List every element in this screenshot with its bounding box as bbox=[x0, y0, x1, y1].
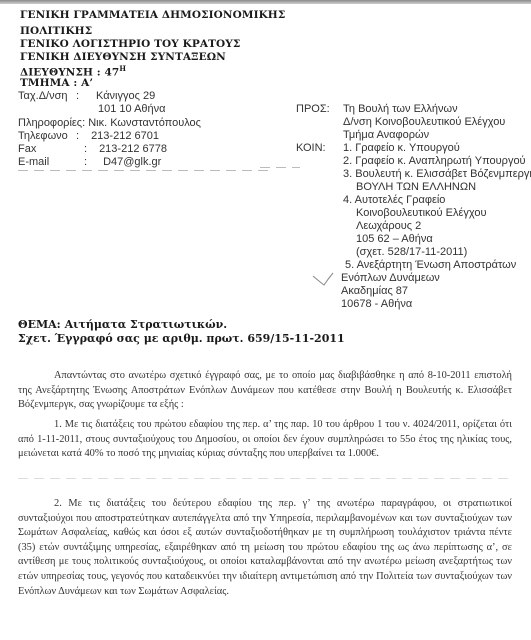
cc-line: Ενόπλων Δυνάμεων bbox=[341, 272, 440, 284]
letterhead-line: ΓΕΝΙΚΗ ΓΡΑΜΜΑΤΕΙΑ ΔΗΜΟΣΙΟΝΟΜΙΚΗΣ bbox=[20, 9, 285, 21]
intro-paragraph: Απαντώντας στο ανωτέρω σχετικό έγγραφό σ… bbox=[18, 369, 512, 413]
letterhead-line: ΓΕΝΙΚΟ ΛΟΓΙΣΤΗΡΙΟ ΤΟΥ ΚΡΑΤΟΥΣ bbox=[20, 38, 240, 50]
cc-line: Κοινοβουλευτικού Ελέγχου bbox=[356, 207, 486, 219]
fax-label: Fax bbox=[18, 143, 76, 155]
address-line1: Κάνιγγος 29 bbox=[96, 90, 155, 102]
fax-value: 213-212 6778 bbox=[99, 143, 167, 155]
subject-line: ΘΕΜΑ: Αιτήματα Στρατιωτικών. bbox=[18, 318, 227, 331]
scan-artifact-line bbox=[18, 478, 513, 479]
section: ΤΜΗΜΑ : Α’ bbox=[20, 77, 93, 89]
cc-line: 5. Ανεξάρτητη Ένωση Αποστράτων bbox=[345, 259, 516, 271]
cc-line: Λεωχάρους 2 bbox=[356, 220, 421, 232]
address-label: Ταχ.Δ/νση bbox=[18, 90, 76, 102]
cc-line: 3. Βουλευτή κ. Ελισσάβετ Βόζενμπεργκ bbox=[343, 168, 531, 180]
address-row: Ταχ.Δ/νση:Κάνιγγος 29 bbox=[18, 90, 155, 102]
to-line: Δ/νση Κοινοβουλευτικού Ελέγχου bbox=[343, 116, 505, 128]
cc-line: 105 62 – Αθήνα bbox=[356, 233, 433, 245]
divider bbox=[18, 170, 268, 171]
cc-label: ΚΟΙΝ: bbox=[296, 142, 326, 154]
cc-line: 2. Γραφείο κ. Αναπληρωτή Υπουργού bbox=[343, 155, 531, 167]
phone-label: Τηλεφωνο bbox=[18, 130, 76, 142]
directorate-sup: Η bbox=[119, 64, 126, 73]
cc-line: 4. Αυτοτελές Γραφείο bbox=[343, 194, 445, 206]
info-row: Πληροφορίες: Νικ. Κωνσταντόπουλος bbox=[18, 117, 201, 129]
info-value: Νικ. Κωνσταντόπουλος bbox=[88, 117, 201, 129]
to-line: Τμήμα Αναφορών bbox=[343, 129, 429, 141]
address-line2: 101 10 Αθήνα bbox=[98, 103, 166, 115]
cc-line: Ακαδημίας 87 bbox=[341, 285, 408, 297]
cc-line: 1. Γραφείο κ. Υπουργού bbox=[343, 142, 460, 154]
email-row: E-mail: D47@glk.gr bbox=[18, 156, 161, 168]
phone-row: Τηλεφωνο: 213-212 6701 bbox=[18, 130, 159, 142]
point-1-paragraph: 1. Με τις διατάξεις του πρώτου εδαφίου τ… bbox=[18, 418, 512, 462]
to-line: Τη Βουλή των Ελλήνων bbox=[343, 103, 458, 115]
fax-row: Fax: 213-212 6778 bbox=[18, 143, 167, 155]
cc-line: (σχετ. 528/17-11-2011) bbox=[356, 246, 467, 258]
reference-line: Σχετ. Έγγραφό σας με αριθμ. πρωτ. 659/15… bbox=[18, 332, 345, 345]
point-2-paragraph: 2. Με τις διατάξεις του δεύτερου εδαφίου… bbox=[18, 497, 512, 599]
to-label: ΠΡΟΣ: bbox=[296, 103, 330, 115]
info-label: Πληροφορίες: bbox=[18, 117, 85, 129]
cc-line: ΒΟΥΛΗ ΤΩΝ ΕΛΛΗΝΩΝ bbox=[356, 181, 476, 193]
email-label: E-mail bbox=[18, 156, 76, 168]
phone-value: 213-212 6701 bbox=[91, 130, 159, 142]
letterhead-line: ΓΕΝΙΚΗ ΔΙΕΥΘΥΝΣΗ ΣΥΝΤΑΞΕΩΝ bbox=[20, 51, 226, 63]
letterhead-line: ΠΟΛΙΤΙΚΗΣ bbox=[20, 25, 92, 37]
handwritten-check-icon bbox=[312, 272, 334, 286]
divider bbox=[260, 167, 300, 168]
cc-line: 10678 - Αθήνα bbox=[341, 298, 412, 310]
email-link[interactable]: D47@glk.gr bbox=[103, 156, 161, 168]
scan-top-edge bbox=[0, 0, 531, 4]
